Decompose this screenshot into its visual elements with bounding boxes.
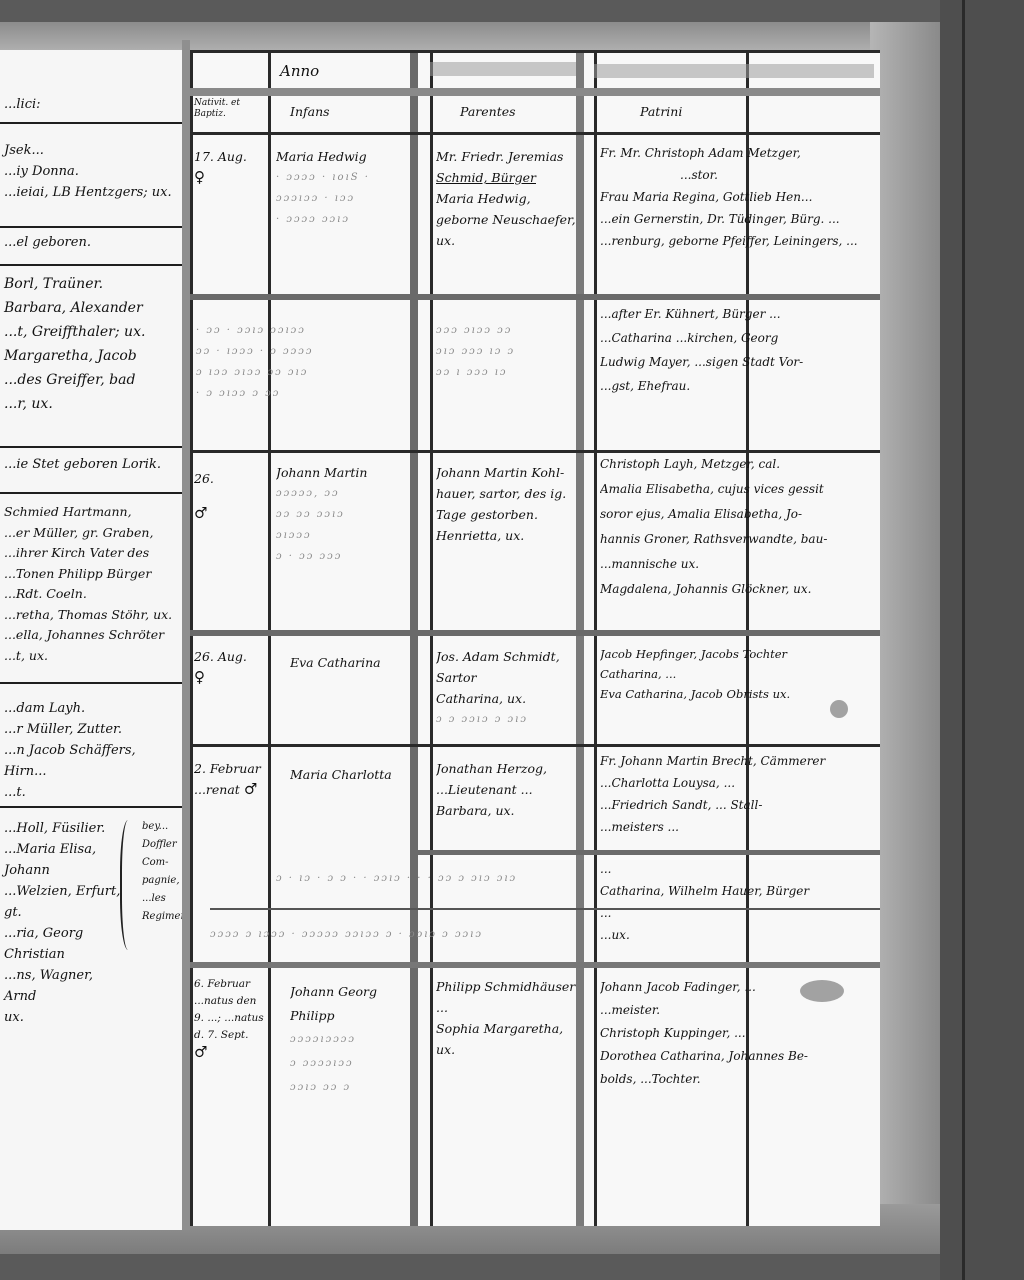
entry-infant: Maria Hedwig · ɔɔɔɔ · ıoıS · ɔɔɔıɔɔ · ıɔ… — [276, 146, 408, 230]
parent-line: ... — [436, 997, 586, 1018]
parent-line: Maria Hedwig, — [436, 188, 576, 209]
column-rule — [430, 50, 433, 1226]
header-nativitas: Nativit. et Baptiz. — [194, 98, 266, 120]
godparent-line: ...ein Gernerstin, Dr. Tüdinger, Bürg. .… — [600, 208, 870, 230]
parent-line: Sophia Margaretha, ux. — [436, 1018, 586, 1060]
row-rule — [190, 88, 880, 96]
line: ...Welzien, Erfurt, gt. — [4, 881, 124, 923]
divider — [0, 806, 182, 808]
divider — [0, 446, 182, 448]
godparent-line: ... — [600, 902, 870, 924]
line: ...el geboren. — [4, 232, 182, 253]
line: bey... — [142, 818, 182, 836]
bleed-through-region: · ɔɔ · ɔɔıɔ ɔɔıɔɔ ɔɔ · ıɔɔɔ · ɔ ɔɔɔɔ ɔ ı… — [196, 320, 406, 404]
parent-line: Schmid, Bürger — [436, 167, 576, 188]
entry-godparents: Fr. Johann Martin Brecht, Cämmerer ...Ch… — [600, 750, 870, 838]
entry-date: 26. ♂ — [194, 462, 266, 530]
parent-line: Philipp Schmidhäuser — [436, 976, 586, 997]
entry-godparents: ... Catharina, Wilhelm Hauer, Bürger ...… — [600, 858, 870, 946]
line: ...les — [142, 890, 182, 908]
column-rule — [190, 50, 193, 1226]
entry-infant: Johann Georg Philipp ɔɔɔɔıɔɔɔɔ ɔ ɔɔɔɔıɔɔ… — [290, 980, 410, 1100]
divider — [0, 492, 182, 494]
bleed-through-region: ɔɔɔɔ ɔ ıɔɔɔ · ɔɔɔɔɔ ɔɔıɔɔ ɔ · ɔɔıɔ ɔ ɔɔı… — [210, 924, 570, 945]
parent-line: Jos. Adam Schmidt, Sartor — [436, 646, 576, 688]
left-block-3: Borl, Traüner. Barbara, Alexander ...t, … — [4, 272, 182, 416]
bleed-through: ɔɔɔɔɔ, ɔɔ — [276, 483, 408, 504]
parent-line: Jonathan Herzog, — [436, 758, 586, 779]
header-infans: Infans — [290, 104, 330, 119]
line: pagnie, — [142, 872, 182, 890]
line: ...des Greiffer, bad — [4, 368, 182, 392]
line: ...Holl, Füsilier. — [4, 818, 124, 839]
shadow-right — [870, 22, 940, 1254]
line: ...ns, Wagner, Arnd — [4, 965, 124, 1007]
left-block-7: ...Holl, Füsilier. ...Maria Elisa, Johan… — [4, 818, 124, 1028]
faded-header — [430, 62, 576, 76]
godparent-line: ...meisters ... — [600, 816, 870, 838]
line: ...ria, Georg Christian — [4, 923, 124, 965]
godparent-line: Fr. Johann Martin Brecht, Cämmerer — [600, 750, 870, 772]
godparent-line: ...ux. — [600, 924, 870, 946]
entry-godparents: Christoph Layh, Metzger, cal. Amalia Eli… — [600, 452, 870, 602]
bleed-through: ɔ ɔ ɔɔıɔ ɔ ɔıɔ — [436, 709, 576, 730]
line: ux. — [4, 1007, 124, 1028]
row-rule — [190, 294, 880, 300]
line: Com- — [142, 854, 182, 872]
godparent-line: Catharina, Wilhelm Hauer, Bürger — [600, 880, 870, 902]
date: 26. Aug. — [194, 646, 266, 667]
line: ...ella, Johannes Schröter — [4, 625, 182, 646]
bleed-through: ɔıɔɔɔ — [276, 525, 408, 546]
line: ...n Jacob Schäffers, Hirn... — [4, 740, 182, 782]
godparent-line: ...Charlotta Louysa, ... — [600, 772, 870, 794]
line: ...ihrer Kirch Vater des — [4, 543, 182, 564]
godparent-line: ...mannische ux. — [600, 552, 870, 577]
infant-name: Johann Martin — [276, 462, 408, 483]
parent-line: Catharina, ux. — [436, 688, 576, 709]
godparent-line: hannis Groner, Rathsverwandte, bau- — [600, 527, 870, 552]
entry-infant: Eva Catharina — [290, 652, 408, 673]
entry-date: 17. Aug. ♀ — [194, 146, 266, 188]
godparent-line: Frau Maria Regina, Gottlieb Hen... — [600, 186, 870, 208]
godparent-line: Catharina, ... — [600, 664, 870, 684]
parent-line: geborne Neuschaefer, ux. — [436, 209, 576, 251]
left-block-5: Schmied Hartmann, ...er Müller, gr. Grab… — [4, 502, 182, 666]
entry-parents: Philipp Schmidhäuser ... Sophia Margaret… — [436, 976, 586, 1060]
entry-godparents: ...after Er. Kühnert, Bürger ... ...Cath… — [600, 302, 870, 398]
date: 2. Februar — [194, 758, 266, 779]
sex-symbol: ♂ — [194, 496, 266, 530]
line: Regiment. — [142, 908, 182, 926]
godparent-line: ...after Er. Kühnert, Bürger ... — [600, 302, 870, 326]
line: Margaretha, Jacob — [4, 344, 182, 368]
line: ...dam Layh. — [4, 698, 182, 719]
entry-infant: Johann Martin ɔɔɔɔɔ, ɔɔ ɔɔ ɔɔ ɔɔıɔ ɔıɔɔɔ… — [276, 462, 408, 567]
bleed-through: ɔɔıɔ ɔɔ ɔ — [290, 1076, 410, 1100]
row-rule — [190, 50, 880, 53]
bleed-through: ɔɔ ɔɔ ɔɔıɔ — [276, 504, 408, 525]
line: ...ie Stet geboren Lorik. — [4, 454, 182, 475]
infant-name: Maria Hedwig — [276, 146, 408, 167]
row-rule — [410, 850, 880, 855]
parent-line: Barbara, ux. — [436, 800, 586, 821]
line: Barbara, Alexander — [4, 296, 182, 320]
left-block-6: ...dam Layh. ...r Müller, Zutter. ...n J… — [4, 698, 182, 803]
godparent-line: soror ejus, Amalia Elisabetha, Jo- — [600, 502, 870, 527]
bleed-through-region: ɔɔɔ ɔıɔɔ ɔɔ ɔıɔ ɔɔɔ ıɔ ɔ ɔɔ ı ɔɔɔ ıɔ — [436, 320, 576, 383]
entry-date: 26. Aug. ♀ — [194, 646, 266, 688]
godparent-line: Jacob Hepfinger, Jacobs Tochter — [600, 644, 870, 664]
column-rule — [410, 50, 418, 1226]
godparent-line: ...Catharina ...kirchen, Georg — [600, 326, 870, 350]
godparent-line: Amalia Elisabetha, cujus vices gessit — [600, 477, 870, 502]
bleed-through-region: ɔ · ıɔ · ɔ ɔ · · ɔɔıɔ · · · ɔɔ ɔ ɔıɔ ɔıɔ — [276, 868, 576, 889]
entry-parents: Jos. Adam Schmidt, Sartor Catharina, ux.… — [436, 646, 576, 730]
bleed-through: · ɔɔɔɔ · ıoıS · — [276, 167, 408, 188]
bleed-through: ɔɔɔɔıɔɔɔɔ — [290, 1028, 410, 1052]
line: ...r, ux. — [4, 392, 182, 416]
line: ...retha, Thomas Stöhr, ux. — [4, 605, 182, 626]
line: ...t, Greiffthaler; ux. — [4, 320, 182, 344]
baptism-register-table: Anno Nativit. et Baptiz. Infans Parentes… — [190, 50, 880, 1226]
sex-symbol: ♀ — [194, 667, 266, 688]
line: ...Tonen Philipp Bürger — [4, 564, 182, 585]
left-block-1: Jsek... ...iy Donna. ...ieiai, LB Hentzg… — [4, 140, 182, 203]
row-rule — [190, 630, 880, 636]
column-rule — [594, 50, 597, 1226]
left-block-4: ...ie Stet geboren Lorik. — [4, 454, 182, 475]
column-rule — [268, 50, 271, 1226]
godparent-line: ...gst, Ehefrau. — [600, 374, 870, 398]
row-rule — [190, 962, 880, 968]
margin-note: bey... Doffler Com- pagnie, ...les Regim… — [142, 818, 182, 926]
date-note: ...renat — [194, 782, 240, 797]
line: ...t, ux. — [4, 646, 182, 667]
entry-parents: Jonathan Herzog, ...Lieutenant ... Barba… — [436, 758, 586, 821]
infant-name: Eva Catharina — [290, 652, 408, 673]
sex-symbol: ♀ — [194, 167, 266, 188]
header-anno: Anno — [280, 62, 319, 80]
divider — [0, 122, 182, 124]
godparent-line: Ludwig Mayer, ...sigen Stadt Vor- — [600, 350, 870, 374]
bleed-through: · ɔɔɔɔ ɔɔıɔ — [276, 209, 408, 230]
date: 26. — [194, 462, 266, 496]
row-rule — [190, 132, 880, 135]
infant-name: Johann Georg Philipp — [290, 980, 410, 1028]
faded-header — [594, 64, 874, 78]
godparent-line: Eva Catharina, Jacob Obrists ux. — [600, 684, 870, 704]
line: Schmied Hartmann, — [4, 502, 182, 523]
parent-line: Tage gestorben. — [436, 504, 586, 525]
scan-backdrop — [940, 0, 1024, 1280]
brace-mark — [120, 820, 140, 950]
entry-infant: Maria Charlotta — [290, 764, 408, 785]
entry-godparents: Fr. Mr. Christoph Adam Metzger, ...stor.… — [600, 142, 870, 252]
line: ...er Müller, gr. Graben, — [4, 523, 182, 544]
row-rule — [190, 744, 880, 747]
godparent-line: bolds, ...Tochter. — [600, 1068, 870, 1091]
left-block-2: ...el geboren. — [4, 232, 182, 253]
bleed-through: ɔ · ɔɔ ɔɔɔ — [276, 546, 408, 567]
parent-line: ...Lieutenant ... — [436, 779, 586, 800]
left-header-fragment: ...lici: — [4, 94, 182, 115]
line: ...ieiai, LB Hentzgers; ux. — [4, 182, 182, 203]
godparent-line: ...renburg, geborne Pfeiffer, Leiningers… — [600, 230, 870, 252]
sex-symbol: ♂ — [244, 780, 257, 798]
parent-line: Mr. Friedr. Jeremias — [436, 146, 576, 167]
godparent-line: ... — [600, 858, 870, 880]
godparent-line: Magdalena, Johannis Glöckner, ux. — [600, 577, 870, 602]
sex-symbol: ♂ — [194, 1044, 268, 1061]
godparent-line: Fr. Mr. Christoph Adam Metzger, — [600, 142, 870, 164]
line: ...t. — [4, 782, 182, 803]
line: ...Rdt. Coeln. — [4, 584, 182, 605]
entry-date: 6. Februar ...natus den 9. ...; ...natus… — [194, 976, 268, 1061]
entry-godparents: Jacob Hepfinger, Jacobs Tochter Catharin… — [600, 644, 870, 704]
parent-line: Johann Martin Kohl- — [436, 462, 586, 483]
book-gutter — [182, 40, 190, 1230]
date-note: ...natus den 9. ...; ...natus d. 7. Sept… — [194, 993, 268, 1044]
ink-stain — [830, 700, 848, 718]
godparent-line: Dorothea Catharina, Johannes Be- — [600, 1045, 870, 1068]
entry-parents: Mr. Friedr. Jeremias Schmid, Bürger Mari… — [436, 146, 576, 251]
entry-date: 2. Februar ...renat ♂ — [194, 758, 266, 800]
divider — [0, 226, 182, 228]
bleed-through: ɔ ɔɔɔɔıɔɔ — [290, 1052, 410, 1076]
godparent-line: Christoph Layh, Metzger, cal. — [600, 452, 870, 477]
date: 17. Aug. — [194, 146, 266, 167]
parent-line: hauer, sartor, des ig. — [436, 483, 586, 504]
ink-stain — [800, 980, 844, 1002]
godparent-line: ...meister. — [600, 999, 870, 1022]
entry-parents: Johann Martin Kohl- hauer, sartor, des i… — [436, 462, 586, 546]
scan-edge — [962, 0, 965, 1280]
line: ...Maria Elisa, Johann — [4, 839, 124, 881]
row-rule — [210, 908, 880, 910]
line: ...r Müller, Zutter. — [4, 719, 182, 740]
line: Jsek... — [4, 140, 182, 161]
bleed-through: ɔɔɔıɔɔ · ıɔɔ — [276, 188, 408, 209]
godparent-line: ...stor. — [600, 164, 870, 186]
parent-line: Henrietta, ux. — [436, 525, 586, 546]
divider — [0, 264, 182, 266]
line: Doffler — [142, 836, 182, 854]
divider — [0, 682, 182, 684]
godparent-line: ...Friedrich Sandt, ... Stall- — [600, 794, 870, 816]
header-parentes: Parentes — [460, 104, 516, 119]
godparent-line: Christoph Kuppinger, ... — [600, 1022, 870, 1045]
line: ...iy Donna. — [4, 161, 182, 182]
infant-name: Maria Charlotta — [290, 764, 408, 785]
left-facing-page: ...lici: Jsek... ...iy Donna. ...ieiai, … — [0, 50, 182, 1230]
header-patrini: Patrini — [640, 104, 682, 119]
line: Borl, Traüner. — [4, 272, 182, 296]
date: 6. Februar — [194, 976, 268, 993]
